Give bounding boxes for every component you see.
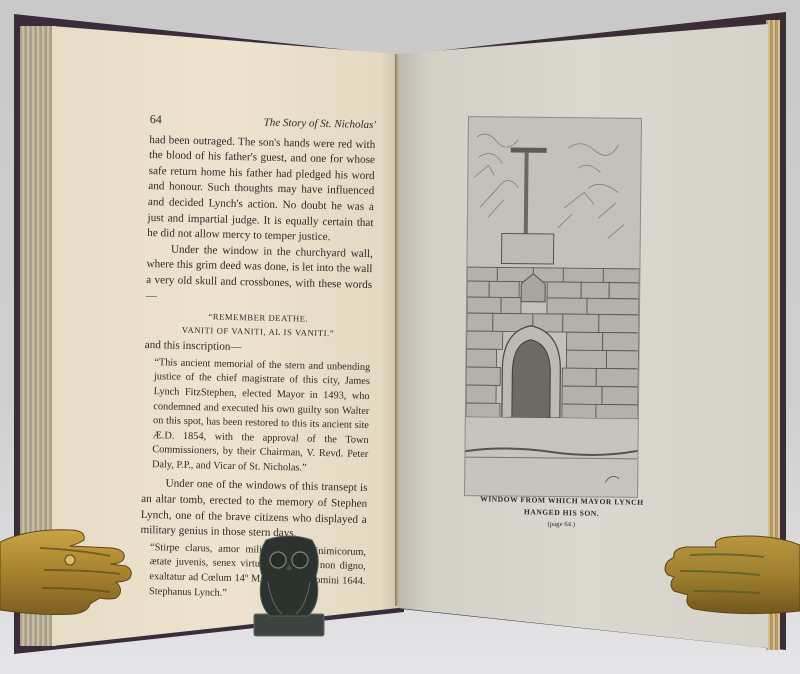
window-sketch-icon [465,117,641,497]
brass-hand-bookend-right-icon [660,525,800,625]
illustration-plate [464,116,642,498]
book-gutter [395,54,399,606]
epitaph: “REMEMBER DEATHE. VANITI OF VANITI, AL I… [145,308,372,341]
brass-hand-bookend-left-icon [0,520,135,630]
photo-scene: 64 The Story of St. Nicholas' had been o… [0,0,800,674]
inscription-quote: “This ancient memorial of the stern and … [152,356,371,478]
running-head: The Story of St. Nicholas' [264,116,376,134]
plate-caption: WINDOW FROM WHICH MAYOR LYNCH HANGED HIS… [469,493,654,530]
stone-owl-figurine-icon [252,532,326,640]
paragraph-outraged: had been outraged. The son's hands were … [147,133,375,247]
paragraph-churchyard: Under the window in the churchyard wall,… [146,242,373,309]
page-number: 64 [150,112,162,128]
